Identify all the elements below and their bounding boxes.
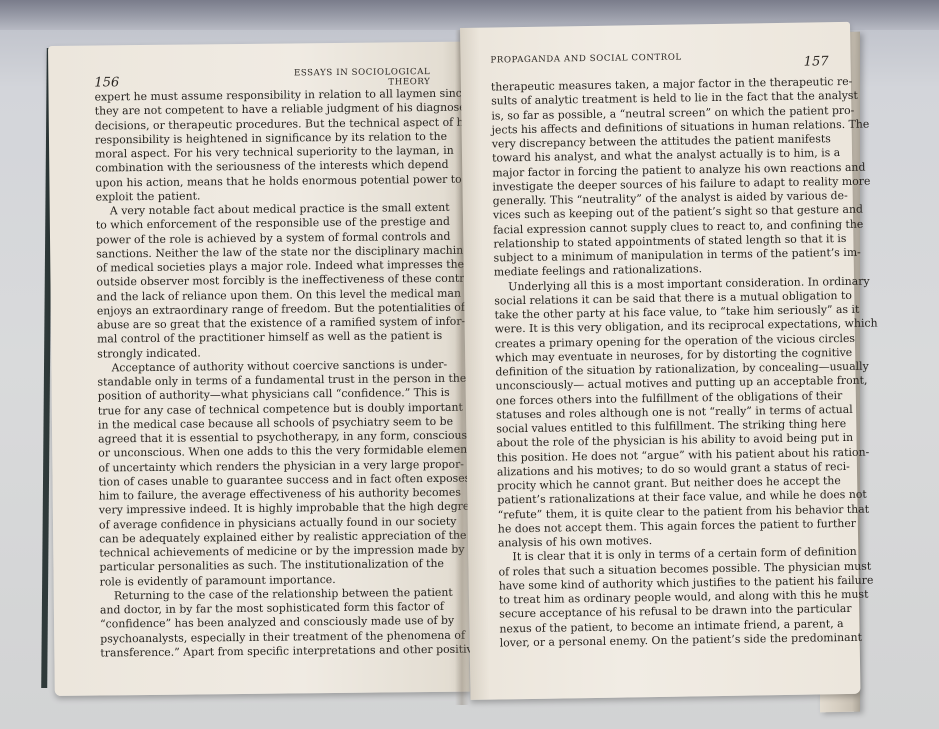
- running-head: ESSAYS IN SOCIOLOGICAL THEORY: [262, 67, 430, 89]
- text-line: transference.” Apart from specific inter…: [100, 643, 438, 661]
- right-page-content: PROPAGANDA AND SOCIAL CONTROL 157 therap…: [490, 44, 828, 49]
- paragraph: A very notable fact about medical practi…: [96, 201, 436, 361]
- page-number: 157: [804, 54, 829, 69]
- left-page: 156 ESSAYS IN SOCIOLOGICAL THEORY expert…: [48, 42, 470, 696]
- right-page-body: therapeutic measures taken, a major fact…: [491, 75, 838, 650]
- open-book: 156 ESSAYS IN SOCIOLOGICAL THEORY expert…: [0, 0, 939, 729]
- paragraph: Returning to the case of the relationshi…: [100, 586, 439, 661]
- left-page-content: 156 ESSAYS IN SOCIOLOGICAL THEORY expert…: [94, 54, 432, 58]
- paragraph: It is clear that it is only in terms of …: [498, 545, 838, 650]
- paragraph: therapeutic measures taken, a major fact…: [491, 75, 832, 280]
- paragraph: expert he must assume responsibility in …: [94, 87, 433, 205]
- left-page-body: expert he must assume responsibility in …: [94, 87, 438, 661]
- paragraph: Underlying all this is a most important …: [494, 275, 836, 551]
- running-head: PROPAGANDA AND SOCIAL CONTROL: [490, 50, 828, 65]
- paragraph: Acceptance of authority without coercive…: [97, 358, 437, 590]
- right-page: PROPAGANDA AND SOCIAL CONTROL 157 therap…: [460, 22, 861, 700]
- page-number: 156: [94, 75, 119, 90]
